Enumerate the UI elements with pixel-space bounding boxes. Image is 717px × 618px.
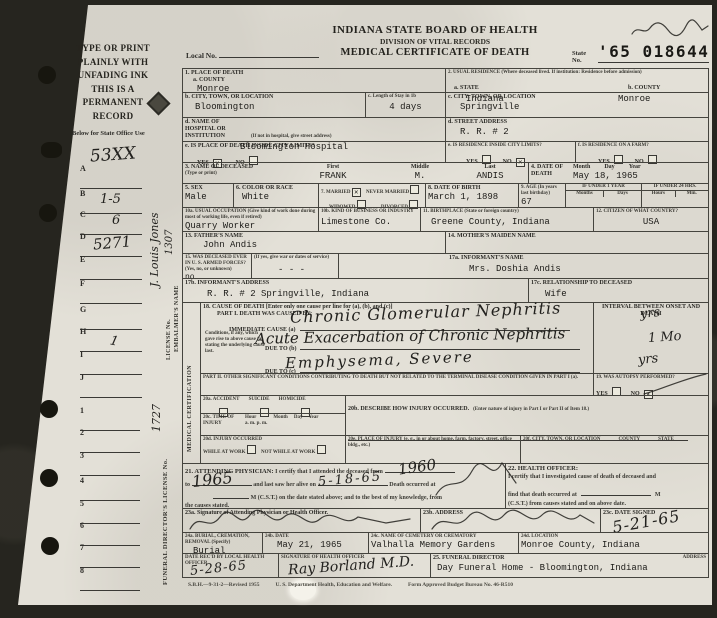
not-while-at-work-label: NOT WHILE AT WORK	[261, 450, 315, 455]
field-usual-occupation: 10a. USUAL OCCUPATION (Give kind of work…	[182, 207, 318, 231]
county-header: COUNTY	[618, 437, 640, 443]
punch-hole	[40, 469, 58, 487]
field-if-under-24-hrs: IF UNDER 24 HRS. Hours Min.	[641, 183, 708, 207]
field-kind-of-business: 10b. KIND OF BUSINESS OR INDUSTRY Limest…	[318, 207, 420, 231]
field-describe-injury: 20b. DESCRIBE HOW INJURY OCCURRED. (Ente…	[345, 395, 708, 435]
field-label: 20c. TIME OF INJURY	[203, 415, 239, 427]
instruction-line: UNFADING INK	[58, 69, 168, 83]
local-no-field: Local No.	[186, 50, 319, 59]
line-letter: D	[80, 232, 86, 241]
field-label: 13. FATHER'S NAME	[185, 233, 443, 240]
column-header: Middle	[385, 164, 455, 171]
first-name-value: FRANK	[281, 171, 385, 181]
not-while-at-work-checkbox	[317, 445, 326, 454]
field-residence-on-farm: f. IS RESIDENCE ON A FARM? YES NO	[575, 141, 708, 162]
line-letter: G	[80, 305, 86, 314]
occurred-at-text: find that death occurred at	[508, 492, 577, 498]
field-value: Valhalla Memory Gardens	[371, 540, 516, 550]
interval-b-handwritten: 1 Mo	[648, 329, 683, 346]
field-value: Monroe County, Indiana	[521, 540, 706, 550]
field-marital-status: 7. MARRIED ✕ NEVER MARRIED WIDOWED DIVOR…	[318, 183, 425, 207]
medical-certification-label: MEDICAL CERTIFICATION	[187, 312, 193, 452]
column-header: Last	[455, 164, 525, 171]
local-no-label: Local No.	[186, 51, 217, 60]
field-label: c. Length of Stay in 1b	[368, 94, 443, 100]
instruction-line: TYPE OR PRINT	[58, 42, 168, 56]
field-value: White	[242, 192, 316, 202]
line-number: 3	[80, 451, 84, 460]
m-label: M	[655, 492, 661, 498]
form-number: S.B.H.—9-31-2—Revised 1955	[188, 582, 260, 588]
field-injury-location: 20f. CITY, TOWN, OR LOCATION COUNTY STAT…	[520, 435, 708, 463]
column-header: Day	[604, 164, 614, 171]
field-label: d. NAME OF HOSPITAL OR INSTITUTION	[185, 119, 247, 140]
field-color-or-race: 6. COLOR OR RACE White	[233, 183, 318, 207]
field-label: d. STREET ADDRESS	[448, 119, 706, 126]
state-office-entry-e: 5271	[92, 232, 132, 253]
field-date-of-birth: 8. DATE OF BIRTH March 1, 1898	[425, 183, 518, 207]
state-office-entry-c: 1-5	[100, 192, 121, 207]
address-header: ADDRESS	[683, 555, 706, 562]
field-residence-city: c. CITY, TOWN, OR LOCATION Springville	[445, 92, 708, 117]
line-number: 7	[80, 543, 84, 552]
field-label: 3. NAME OF DECEASED	[185, 164, 281, 171]
field-label: 20d. INJURY OCCURRED	[203, 437, 343, 443]
field-label: IF UNDER 1 YEAR	[566, 184, 641, 191]
state-no-value: '65 018644	[598, 42, 709, 63]
field-label: 23b. ADDRESS	[423, 510, 598, 517]
state-no-label: State No.	[572, 50, 596, 64]
line-number: 1	[80, 406, 84, 415]
never-married-label: NEVER MARRIED	[366, 190, 409, 195]
field-informant-name: 17a. INFORMANT'S NAME Mrs. Doshia Andis	[338, 253, 708, 278]
suicide-label: SUICIDE	[249, 397, 270, 402]
field-label: c. CITY, TOWN, OR LOCATION	[448, 94, 706, 101]
line-letter: J	[80, 373, 84, 382]
field-value: R. R. # 2 Springville, Indiana	[207, 289, 526, 299]
embalmer-license-label: LICENSE No.	[166, 300, 172, 360]
field-funeral-director: 25. FUNERAL DIRECTOR ADDRESS Day Funeral…	[430, 553, 708, 577]
field-label: 8. DATE OF BIRTH	[428, 185, 516, 192]
field-value: Male	[185, 192, 231, 202]
field-cemetery: 24c. NAME OF CEMETERY OR CREMATORY Valha…	[368, 532, 518, 553]
field-value: May 21, 1965	[277, 540, 366, 550]
line-number: 5	[80, 499, 84, 508]
budget-note: Form Approved Budget Bureau No. 46-R510	[408, 582, 513, 588]
field-label: 1. PLACE OF DEATH	[185, 70, 443, 77]
field-health-officer: 22. HEALTH OFFICER: I certify that I inv…	[505, 463, 708, 508]
field-length-of-stay: c. Length of Stay in 1b 4 days	[365, 92, 445, 117]
field-label: 17b. INFORMANT'S ADDRESS	[185, 280, 526, 287]
field-label: e. IS PLACE OF DEATH INSIDE CITY LIMITS?	[185, 143, 443, 150]
line-letter: E	[80, 255, 85, 264]
field-label: 14. MOTHER'S MAIDEN NAME	[448, 233, 706, 240]
blank-line	[80, 583, 140, 591]
line-letter: F	[80, 279, 85, 288]
field-armed-forces: 15. WAS DECEASED EVER IN U. S. ARMED FOR…	[182, 253, 338, 278]
field-label: e. IS RESIDENCE INSIDE CITY LIMITS?	[448, 143, 573, 149]
field-sublabel: b. COUNTY	[628, 85, 660, 91]
margin-instructions: TYPE OR PRINT PLAINLY WITH UNFADING INK …	[58, 42, 168, 123]
certify-text: I certify that I investigated cause of d…	[508, 474, 706, 480]
state-office-entry-a: 53XX	[89, 143, 136, 166]
time-blank	[581, 488, 651, 496]
line-letter: A	[80, 164, 86, 173]
column-header: Year	[629, 164, 641, 171]
field-label: 10a. USUAL OCCUPATION (Give kind of work…	[185, 209, 316, 221]
hours-header: Hours	[642, 191, 676, 197]
field-note: (If not in hospital, give street address…	[251, 134, 332, 139]
field-signature-physician: 23a. Signature of Attending Physician or…	[182, 508, 420, 532]
field-label: IF UNDER 24 HRS.	[642, 184, 708, 191]
field-value: March 1, 1898	[428, 192, 516, 202]
field-name-of-deceased: 3. NAME OF DECEASED (Type or print) Firs…	[182, 162, 528, 183]
state-office-entry-d: 6	[112, 213, 120, 228]
field-residence-inside-city-limits: e. IS RESIDENCE INSIDE CITY LIMITS? YES …	[445, 141, 575, 162]
punch-hole	[40, 400, 58, 418]
field-label: 17c. RELATIONSHIP TO DECEASED	[531, 280, 706, 287]
field-value: USA	[596, 217, 706, 227]
to-label: to	[185, 482, 190, 488]
field-value: Quarry Worker	[185, 221, 316, 231]
day-header: Day	[294, 415, 303, 427]
interval-a-handwritten: yrs	[639, 305, 661, 322]
date-of-death-value: May 18, 1965	[573, 171, 641, 181]
field-autopsy: 19. WAS AUTOPSY PERFORMED? YES NO ✕	[593, 373, 708, 395]
field-citizen-of: 12. CITIZEN OF WHAT COUNTRY? USA	[593, 207, 708, 231]
part2-label: PART II. OTHER SIGNIFICANT CONDITIONS CO…	[203, 375, 591, 381]
field-value: Mrs. Doshia Andis	[469, 264, 706, 274]
never-married-checkbox	[410, 185, 419, 194]
month-header: Month	[273, 415, 287, 427]
death-occurred-text: Death occurred at	[389, 482, 435, 488]
header-org: INDIANA STATE BOARD OF HEALTH	[300, 24, 570, 36]
field-note: (Type or print)	[185, 171, 281, 177]
field-burial-date: 24b. DATE May 21, 1965	[262, 532, 368, 553]
interval-c-handwritten: yrs	[637, 351, 658, 368]
instruction-line: RECORD	[58, 110, 168, 124]
field-value: Springville	[460, 102, 706, 112]
field-sex: 5. SEX Male	[182, 183, 233, 207]
homicide-label: HOMICIDE	[279, 397, 306, 402]
field-label: 10b. KIND OF BUSINESS OR INDUSTRY	[321, 209, 418, 215]
field-label: 5. SEX	[185, 185, 231, 192]
line-number: 2	[80, 428, 84, 437]
scanned-death-certificate: TYPE OR PRINT PLAINLY WITH UNFADING INK …	[0, 0, 717, 618]
middle-name-value: M.	[385, 171, 455, 181]
field-note: (If yes, give war or dates of service)	[254, 255, 329, 261]
time-blank	[213, 491, 249, 499]
field-mothers-maiden-name: 14. MOTHER'S MAIDEN NAME	[445, 231, 708, 253]
field-label: b. CITY, TOWN, OR LOCATION	[185, 94, 363, 101]
last-saw-text: and last saw her alive on	[253, 482, 316, 488]
state-office-note: Below for State Office Use	[72, 130, 172, 137]
field-value: John Andis	[203, 240, 443, 250]
punch-hole	[41, 537, 59, 555]
last-name-value: ANDIS	[455, 171, 525, 181]
instruction-line: THIS IS A	[58, 83, 168, 97]
field-age: 9. AGE (In years last birthday) 67	[518, 183, 565, 207]
field-label: 12. CITIZEN OF WHAT COUNTRY?	[596, 209, 706, 215]
field-birthplace: 11. BIRTHPLACE (State or foreign country…	[420, 207, 593, 231]
married-label: MARRIED	[326, 190, 350, 195]
field-fathers-name: 13. FATHER'S NAME John Andis	[182, 231, 445, 253]
accident-label: ACCIDENT	[213, 397, 240, 402]
field-informant-address: 17b. INFORMANT'S ADDRESS R. R. # 2 Sprin…	[182, 278, 528, 302]
line-letter: H	[80, 327, 86, 336]
field-label: 6. COLOR OR RACE	[236, 185, 316, 192]
punch-hole	[39, 204, 57, 222]
form-header: INDIANA STATE BOARD OF HEALTH DIVISION O…	[300, 24, 570, 58]
age-value: 67	[521, 197, 563, 207]
field-label: 17a. INFORMANT'S NAME	[449, 255, 706, 262]
year-header: Year	[308, 415, 318, 427]
months-header: Months	[566, 191, 604, 197]
min-header: Min.	[676, 191, 709, 197]
field-value: 4 days	[368, 102, 443, 112]
line-number: 8	[80, 566, 84, 575]
line-letter: I	[80, 350, 83, 359]
field-death-inside-city-limits: e. IS PLACE OF DEATH INSIDE CITY LIMITS?…	[182, 141, 445, 162]
field-hospital: d. NAME OF HOSPITAL OR INSTITUTION (If n…	[182, 117, 445, 141]
punch-hole	[38, 66, 56, 84]
field-injury-at-work: 20d. INJURY OCCURRED WHILE AT WORK NOT W…	[200, 435, 345, 463]
field-value: Day Funeral Home - Bloomington, Indiana	[437, 563, 706, 573]
field-street-address: d. STREET ADDRESS R. R. # 2	[445, 117, 708, 141]
field-accident-suicide-homicide: 20a. ACCIDENT SUICIDE HOMICIDE	[200, 395, 345, 413]
field-signature-address: 23b. ADDRESS	[420, 508, 600, 532]
field-number: 7.	[321, 190, 325, 195]
blank-line	[80, 390, 142, 398]
field-value: - - -	[254, 265, 329, 275]
field-label: 4. DATE OF DEATH	[531, 164, 573, 181]
field-sublabel: a. COUNTY	[193, 77, 443, 84]
punch-hole	[41, 142, 62, 158]
embalmer-name-label: EMBALMER'S NAME	[174, 232, 180, 352]
field-value: Wife	[545, 289, 706, 299]
field-burial-type: 24a. BURIAL, CREMATION, REMOVAL (Specify…	[182, 532, 262, 553]
field-label: 25. FUNERAL DIRECTOR	[433, 555, 504, 562]
field-death-city: b. CITY, TOWN, OR LOCATION Bloomington	[182, 92, 365, 117]
line-letter: C	[80, 210, 86, 219]
married-checkbox: ✕	[352, 188, 361, 197]
field-label: 24a. BURIAL, CREMATION, REMOVAL (Specify…	[185, 534, 260, 546]
field-label: 11. BIRTHPLACE (State or foreign country…	[423, 209, 591, 215]
header-title: MEDICAL CERTIFICATE OF DEATH	[300, 47, 570, 58]
line-number: 4	[80, 476, 84, 485]
funeral-director-license-label: FUNERAL DIRECTOR'S LICENSE No.	[162, 390, 169, 585]
field-sublabel: a. STATE	[454, 85, 479, 91]
field-label: 19. WAS AUTOPSY PERFORMED?	[596, 375, 706, 381]
field-if-under-1-year: IF UNDER 1 YEAR Months Days	[565, 183, 641, 207]
line-number: 6	[80, 521, 84, 530]
field-value: Greene County, Indiana	[431, 217, 591, 227]
line-letter: B	[80, 189, 85, 198]
while-at-work-label: WHILE AT WORK	[203, 450, 246, 455]
column-header: Month	[573, 164, 590, 171]
instruction-line: PLAINLY WITH	[58, 56, 168, 70]
field-note: (Enter nature of injury in Part I or Par…	[473, 407, 589, 412]
field-label: 23a. Signature of Attending Physician or…	[185, 510, 418, 517]
field-label: 20e. PLACE OF INJURY (e. g., in or about…	[348, 437, 518, 449]
field-part2: PART II. OTHER SIGNIFICANT CONDITIONS CO…	[200, 373, 593, 395]
form-footer: S.B.H.—9-31-2—Revised 1955 U. S. Departm…	[188, 582, 513, 588]
field-date-of-death: 4. DATE OF DEATH Month Day Year May 18, …	[528, 162, 708, 183]
field-label: f. IS RESIDENCE ON A FARM?	[578, 143, 706, 149]
field-value: R. R. # 2	[460, 127, 706, 137]
cst-text: M (C.S.T.) on the date stated above; and…	[251, 495, 442, 501]
field-label: 20f. CITY, TOWN, OR LOCATION	[523, 437, 600, 443]
field-time-of-injury: 20c. TIME OF INJURY Houra. m. p. m. Mont…	[200, 413, 345, 435]
field-label: 15. WAS DECEASED EVER IN U. S. ARMED FOR…	[185, 255, 249, 267]
state-header: STATE	[658, 437, 674, 443]
hour-header: Hour	[245, 415, 256, 420]
ampm-note: a. m. p. m.	[245, 421, 267, 427]
field-value: Limestone Co.	[321, 217, 418, 227]
column-header: First	[281, 164, 385, 171]
days-header: Days	[604, 191, 641, 197]
field-burial-location: 24d. LOCATION Monroe County, Indiana	[518, 532, 708, 553]
field-place-of-death-county: 1. PLACE OF DEATH a. COUNTY Monroe	[182, 68, 445, 92]
embalmer-name-handwritten: J. Louis Jones	[148, 172, 161, 287]
while-at-work-checkbox	[247, 445, 256, 454]
department-note: U. S. Department Health, Education and W…	[276, 582, 393, 588]
field-label: 9. AGE (In years last birthday)	[521, 185, 563, 197]
field-usual-residence: 2. USUAL RESIDENCE (Where deceased lived…	[445, 68, 708, 92]
header-division: DIVISION OF VITAL RECORDS	[300, 37, 570, 46]
field-value: Bloomington	[195, 102, 363, 112]
field-label: 22. HEALTH OFFICER:	[508, 465, 706, 472]
field-label: 20b. DESCRIBE HOW INJURY OCCURRED.	[348, 406, 469, 412]
field-number: 20a.	[203, 397, 212, 402]
